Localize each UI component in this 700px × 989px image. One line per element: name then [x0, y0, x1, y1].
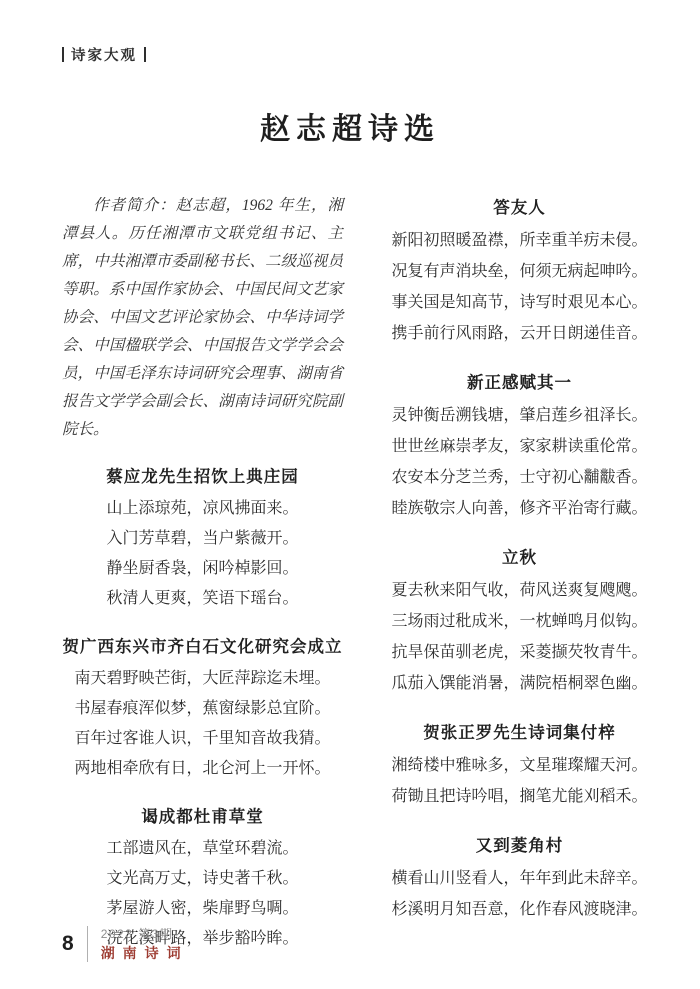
- poem-line: 睦族敬宗人向善，修齐平治寄行藏。: [379, 493, 660, 524]
- left-column: 作者简介：赵志超，1962 年生，湘潭县人。历任湘潭市文联党组书记、主席，中共湘…: [62, 192, 343, 954]
- poem-line: 农安本分芝兰秀，士守初心黼黻香。: [379, 462, 660, 493]
- header-right-bar: [144, 47, 146, 62]
- page-title: 赵志超诗选: [0, 104, 700, 148]
- poem: 蔡应龙先生招饮上典庄园 山上添琼苑，凉风拂面来。 入门芳草碧，当户紫薇开。 静坐…: [62, 462, 343, 614]
- poem-line: 荷锄且把诗吟唱，搁笔尤能刈稻禾。: [379, 781, 660, 812]
- poem-line: 横看山川竖看人，年年到此未辞辛。: [379, 863, 660, 894]
- poem-title: 又到菱角村: [379, 830, 660, 861]
- poem-title: 谒成都杜甫草堂: [62, 802, 343, 832]
- journal-name: 湖南诗词: [101, 943, 189, 963]
- poem-line: 书屋春痕浑似梦，蕉窗绿影总宜阶。: [62, 694, 343, 724]
- poem-title: 贺张正罗先生诗词集付梓: [379, 717, 660, 748]
- poem-line: 湘绮楼中雅咏多，文星璀璨耀天河。: [379, 750, 660, 781]
- page-footer: 8 2023 第3期 湖南诗词: [62, 925, 189, 963]
- section-header-label: 诗家大观: [71, 44, 137, 65]
- poem-line: 灵钟衡岳溯钱塘，肇启莲乡祖泽长。: [379, 400, 660, 431]
- poem-line: 新阳初照暖盈襟，所幸重羊疠未侵。: [379, 225, 660, 256]
- poem-line: 三场雨过秕成米，一枕蝉鸣月似钩。: [379, 606, 660, 637]
- poem-line: 况复有声消块垒，何须无病起呻吟。: [379, 256, 660, 287]
- poem-line: 携手前行风雨路，云开日朗递佳音。: [379, 318, 660, 349]
- poem-line: 事关国是知高节，诗写时艰见本心。: [379, 287, 660, 318]
- section-header: 诗家大观: [62, 44, 146, 65]
- page-number: 8: [62, 932, 74, 956]
- poem: 新正感赋其一 灵钟衡岳溯钱塘，肇启莲乡祖泽长。 世世丝麻崇孝友，家家耕读重伦常。…: [379, 367, 660, 524]
- poem-line: 夏去秋来阳气收，荷风送爽复飕飕。: [379, 575, 660, 606]
- poem-line: 静坐厨香袅，闲吟棹影回。: [62, 554, 343, 584]
- author-intro: 作者简介：赵志超，1962 年生，湘潭县人。历任湘潭市文联党组书记、主席，中共湘…: [62, 192, 343, 444]
- issue-info: 2023 第3期 湖南诗词: [101, 925, 189, 963]
- issue-number: 2023 第3期: [101, 925, 189, 942]
- poem-line: 南天碧野映芒街，大匠萍踪迄未埋。: [62, 664, 343, 694]
- poem-line: 杉溪明月知吾意，化作春风渡晓津。: [379, 894, 660, 925]
- poem-title: 答友人: [379, 192, 660, 223]
- poem-line: 两地相牵欣有日，北仑河上一开怀。: [62, 754, 343, 784]
- poem-line: 瓜茄入馔能消暑，满院梧桐翠色幽。: [379, 668, 660, 699]
- poem-line: 百年过客谁人识，千里知音故我猜。: [62, 724, 343, 754]
- magazine-page: 诗家大观 赵志超诗选 作者简介：赵志超，1962 年生，湘潭县人。历任湘潭市文联…: [0, 0, 700, 989]
- right-column: 答友人 新阳初照暖盈襟，所幸重羊疠未侵。 况复有声消块垒，何须无病起呻吟。 事关…: [379, 192, 660, 954]
- poem-line: 入门芳草碧，当户紫薇开。: [62, 524, 343, 554]
- poem: 立秋 夏去秋来阳气收，荷风送爽复飕飕。 三场雨过秕成米，一枕蝉鸣月似钩。 抗旱保…: [379, 542, 660, 699]
- poem: 又到菱角村 横看山川竖看人，年年到此未辞辛。 杉溪明月知吾意，化作春风渡晓津。: [379, 830, 660, 925]
- poem-line: 茅屋游人密，柴扉野鸟啁。: [62, 894, 343, 924]
- poem-line: 抗旱保苗驯老虎，采菱撷芡牧青牛。: [379, 637, 660, 668]
- poem-title: 立秋: [379, 542, 660, 573]
- poem-line: 文光高万丈，诗史著千秋。: [62, 864, 343, 894]
- poem-line: 工部遗风在，草堂环碧流。: [62, 834, 343, 864]
- poem: 贺张正罗先生诗词集付梓 湘绮楼中雅咏多，文星璀璨耀天河。 荷锄且把诗吟唱，搁笔尤…: [379, 717, 660, 812]
- poem-line: 秋清人更爽，笑语下瑶台。: [62, 584, 343, 614]
- poem: 贺广西东兴市齐白石文化研究会成立 南天碧野映芒街，大匠萍踪迄未埋。 书屋春痕浑似…: [62, 632, 343, 784]
- two-column-layout: 作者简介：赵志超，1962 年生，湘潭县人。历任湘潭市文联党组书记、主席，中共湘…: [0, 192, 700, 954]
- poem-title: 新正感赋其一: [379, 367, 660, 398]
- poem: 答友人 新阳初照暖盈襟，所幸重羊疠未侵。 况复有声消块垒，何须无病起呻吟。 事关…: [379, 192, 660, 349]
- footer-divider: [87, 926, 88, 962]
- poem-line: 世世丝麻崇孝友，家家耕读重伦常。: [379, 431, 660, 462]
- poem-line: 山上添琼苑，凉风拂面来。: [62, 494, 343, 524]
- poem-title: 贺广西东兴市齐白石文化研究会成立: [62, 632, 343, 662]
- header-left-bar: [62, 47, 64, 62]
- poem-title: 蔡应龙先生招饮上典庄园: [62, 462, 343, 492]
